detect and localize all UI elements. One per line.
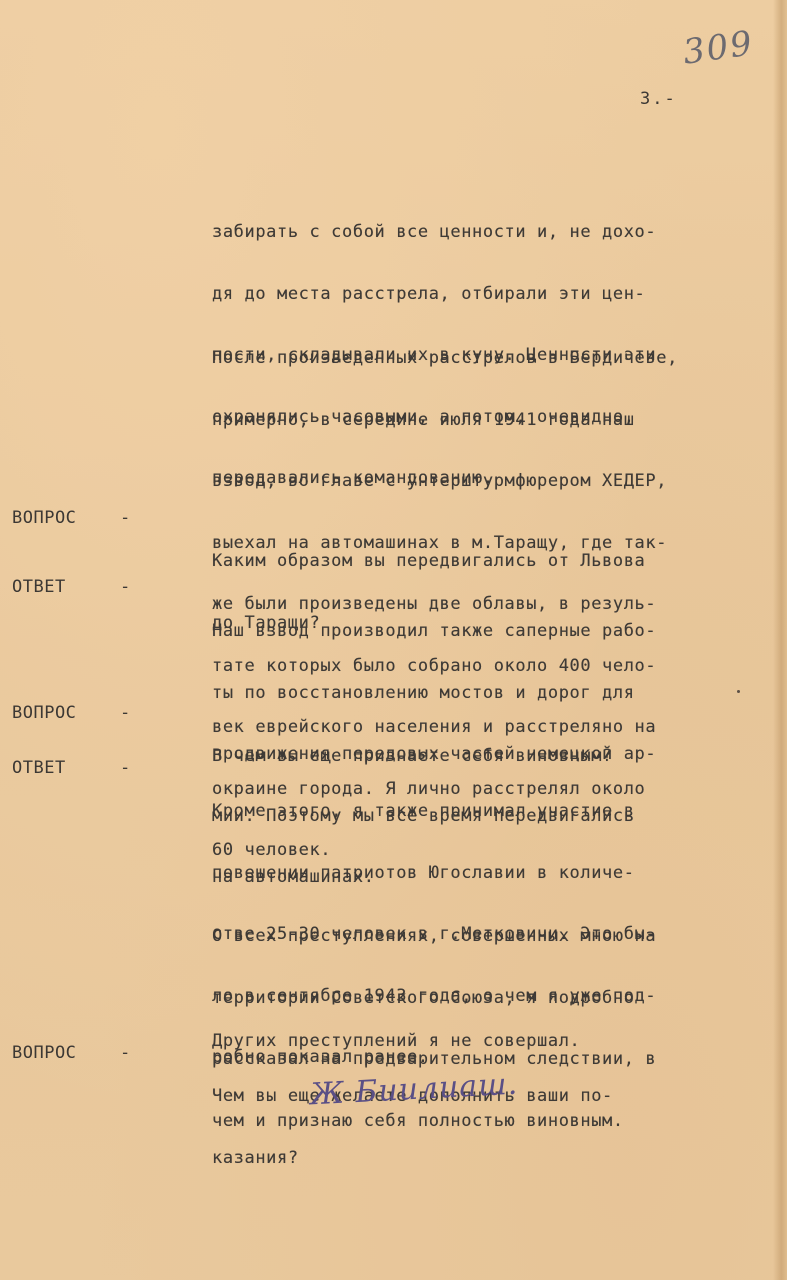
question-label: ВОПРОС (12, 703, 76, 723)
text-line: После произведенных расстрелов в Бердиче… (212, 348, 787, 369)
text-line: Каким образом вы передвигались от Львова (212, 551, 787, 572)
question-label: ВОПРОС (12, 1043, 76, 1063)
text-line: О всех преступлениях, совершенных мною н… (212, 926, 787, 947)
label-dash: - (120, 577, 130, 597)
text-line: Наш взвод производил также саперные рабо… (212, 621, 787, 642)
text-line: дя до места расстрела, отбирали эти цен- (212, 284, 787, 305)
label-dash: - (120, 508, 130, 528)
question-label: ВОПРОС (12, 508, 76, 528)
ink-spot (737, 690, 740, 693)
label-dash: - (120, 758, 130, 778)
text-line: забирать с собой все ценности и, не дохо… (212, 222, 787, 243)
text-line: Кроме этого, я также принимал участие в (212, 801, 787, 822)
typed-page-number: 3.- (640, 89, 677, 109)
text-line: повешении патриотов Югославии в количе- (212, 863, 787, 884)
text-line: казания? (212, 1148, 787, 1169)
answer-label: ОТВЕТ (12, 577, 66, 597)
text-line: ты по восстановлению мостов и дорог для (212, 683, 787, 704)
text-line: взвод, во главе с унтерштурмфюрером ХЕДЕ… (212, 471, 787, 492)
label-dash: - (120, 703, 130, 723)
label-dash: - (120, 1043, 130, 1063)
answer-label: ОТВЕТ (12, 758, 66, 778)
text-line: примерно, в середине июля 1941 года наш (212, 410, 787, 431)
